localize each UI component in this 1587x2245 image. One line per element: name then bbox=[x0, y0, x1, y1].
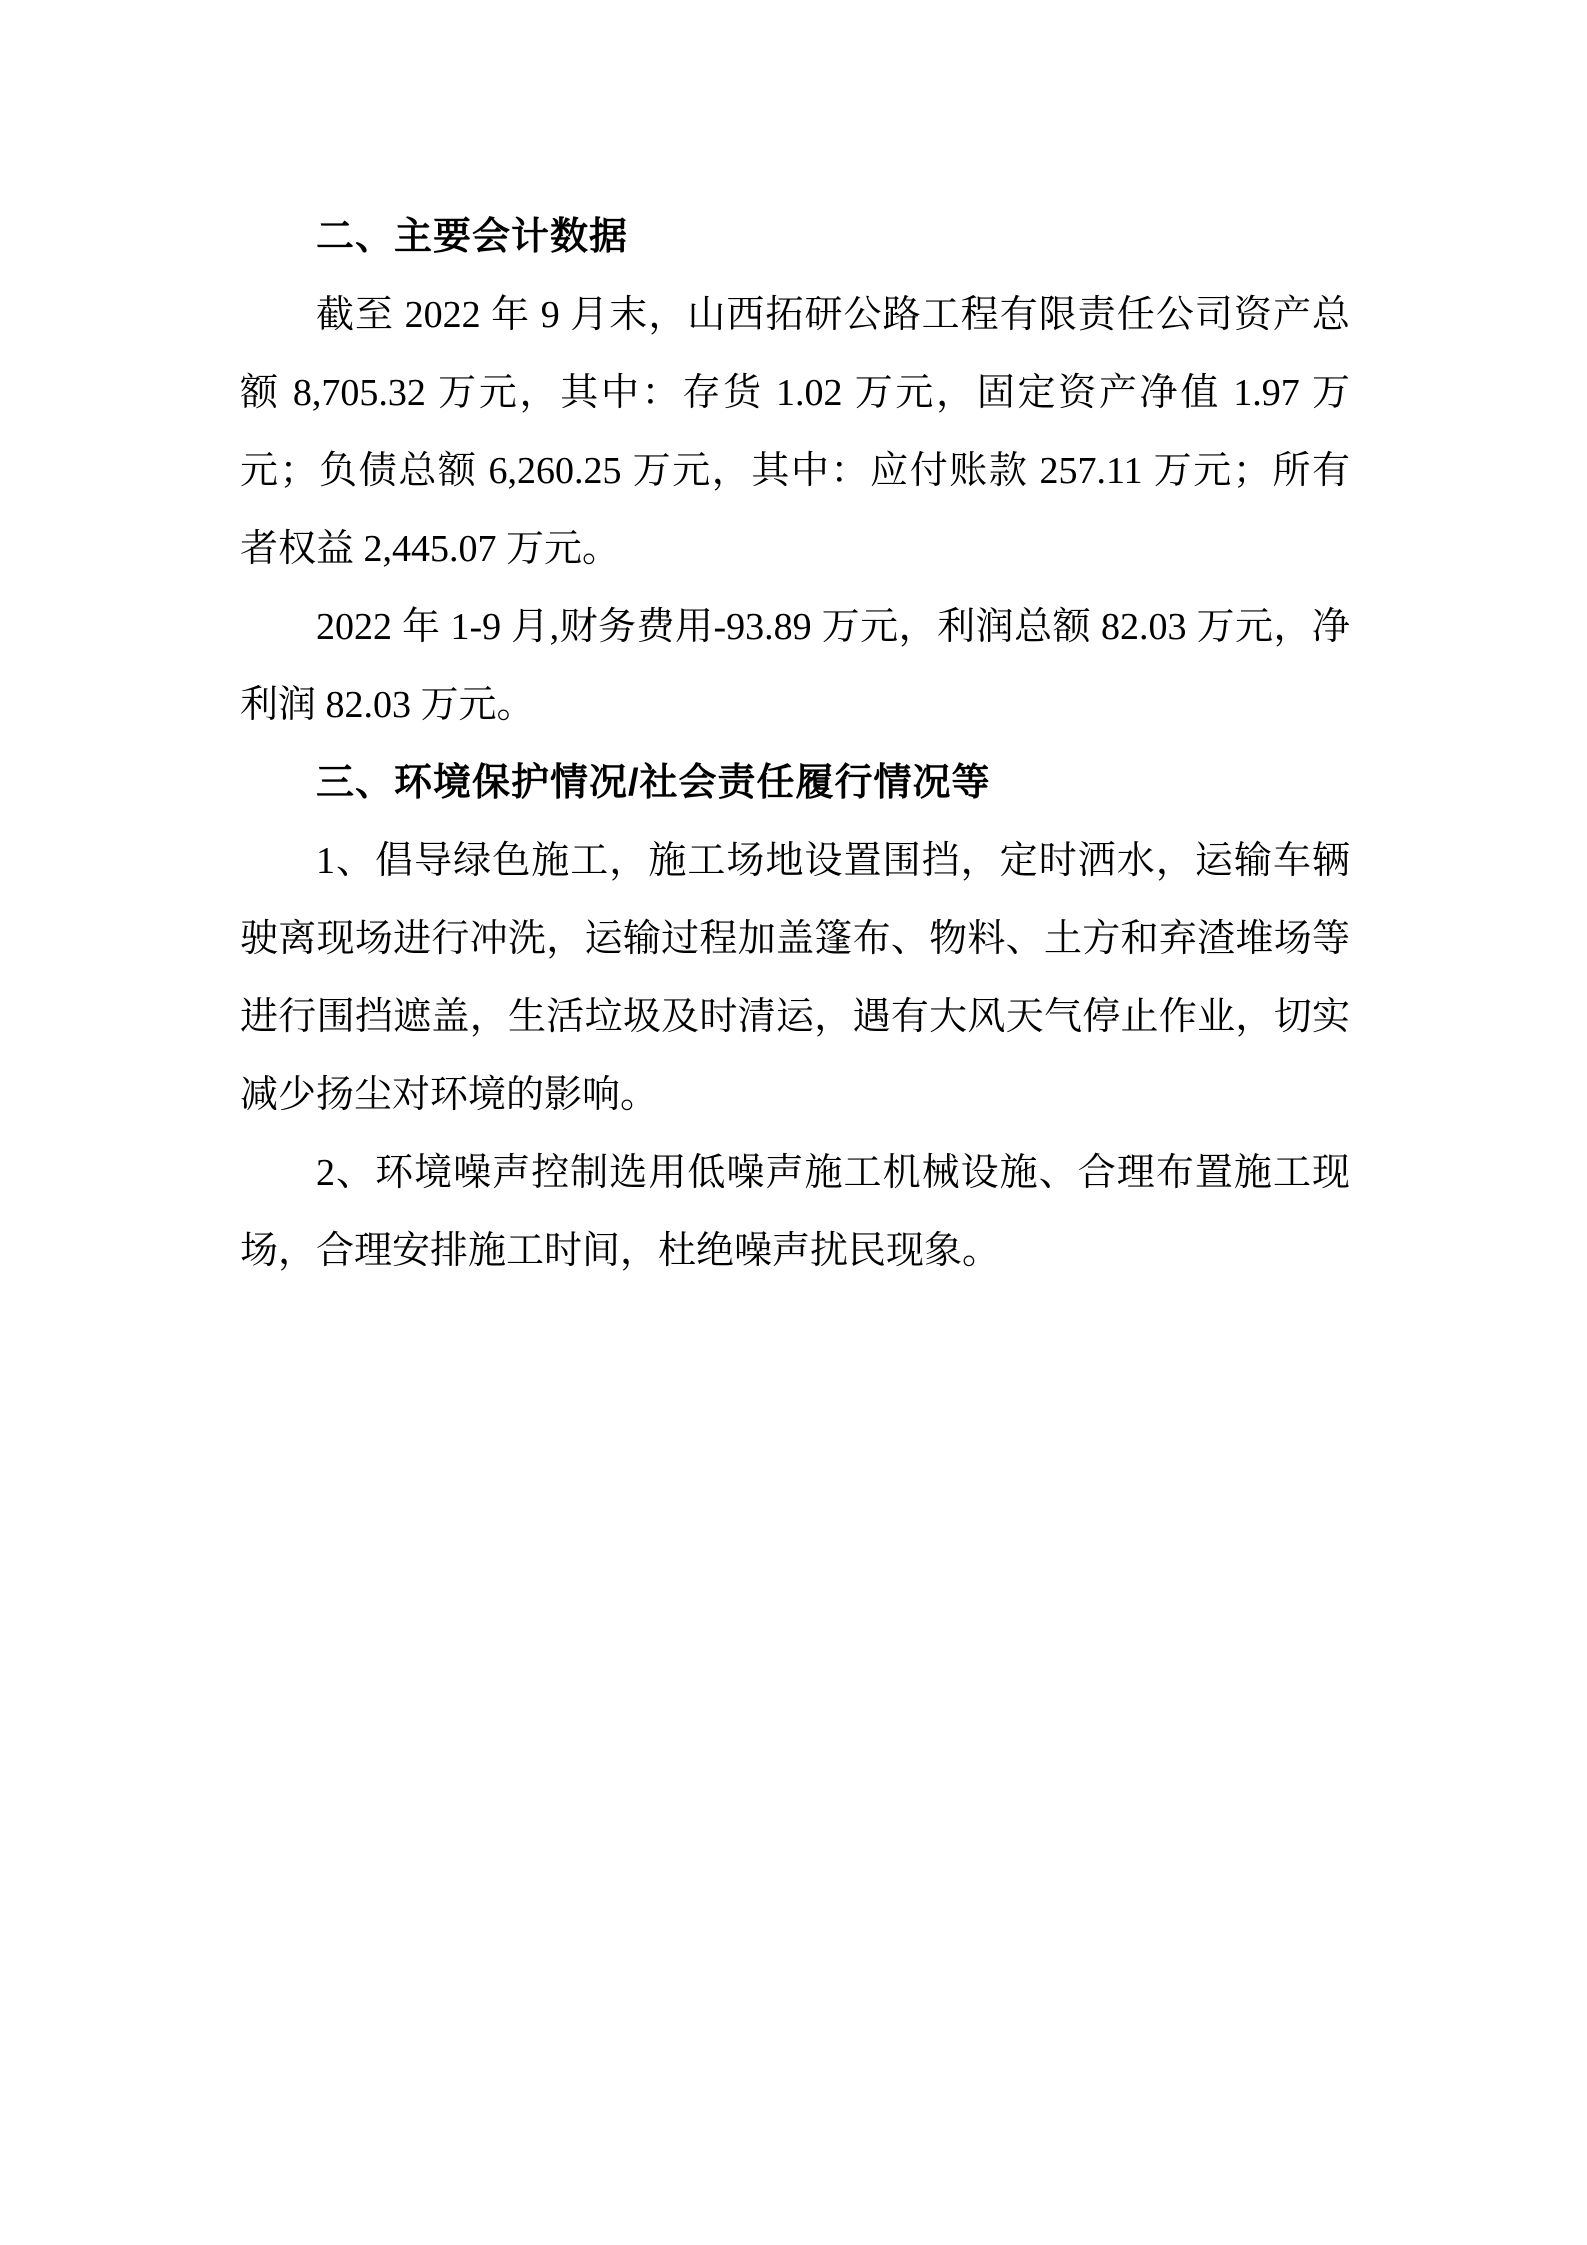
paragraph-profit: 2022 年 1-9 月,财务费用-93.89 万元，利润总额 82.03 万元… bbox=[240, 588, 1350, 744]
section-heading-accounting-data: 二、主要会计数据 bbox=[240, 198, 1350, 276]
section-accounting-data: 二、主要会计数据 截至 2022 年 9 月末，山西拓研公路工程有限责任公司资产… bbox=[240, 198, 1350, 744]
paragraph-assets-liabilities: 截至 2022 年 9 月末，山西拓研公路工程有限责任公司资产总额 8,705.… bbox=[240, 276, 1350, 588]
section-heading-environment-responsibility: 三、环境保护情况/社会责任履行情况等 bbox=[240, 744, 1350, 822]
document-content: 二、主要会计数据 截至 2022 年 9 月末，山西拓研公路工程有限责任公司资产… bbox=[240, 198, 1350, 1290]
paragraph-green-construction: 1、倡导绿色施工，施工场地设置围挡，定时洒水，运输车辆驶离现场进行冲洗，运输过程… bbox=[240, 822, 1350, 1134]
document-page: 二、主要会计数据 截至 2022 年 9 月末，山西拓研公路工程有限责任公司资产… bbox=[0, 0, 1587, 2245]
paragraph-noise-control: 2、环境噪声控制选用低噪声施工机械设施、合理布置施工现场，合理安排施工时间，杜绝… bbox=[240, 1134, 1350, 1290]
section-environment-responsibility: 三、环境保护情况/社会责任履行情况等 1、倡导绿色施工，施工场地设置围挡，定时洒… bbox=[240, 744, 1350, 1290]
